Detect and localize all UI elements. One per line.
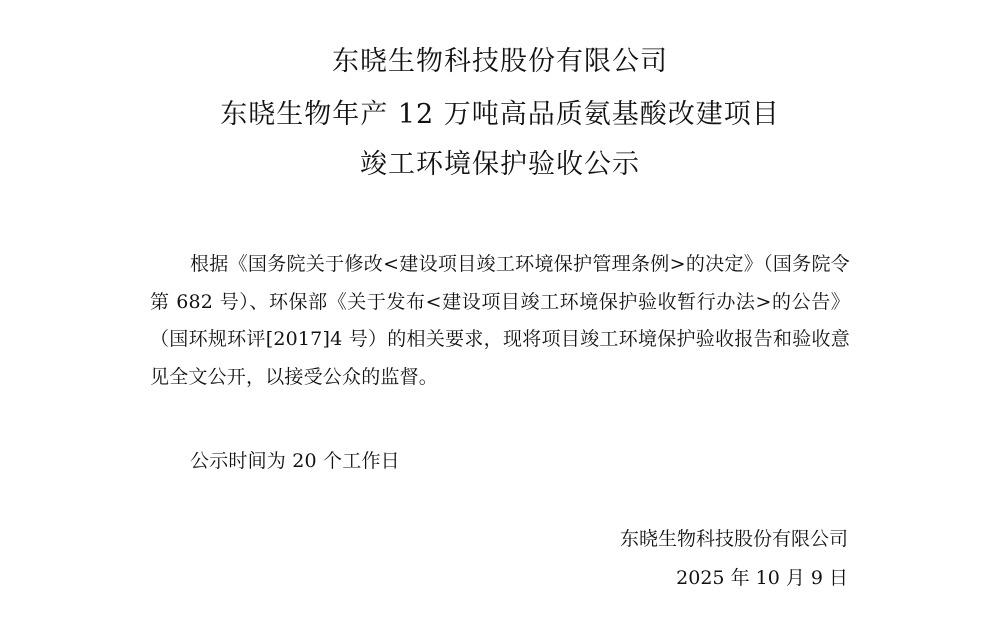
period-notice: 公示时间为 20 个工作日 xyxy=(150,443,850,481)
title-project: 东晓生物年产 12 万吨高品质氨基酸改建项目 xyxy=(0,98,1000,132)
body-paragraph: 根据《国务院关于修改<建设项目竣工环境保护管理条例>的决定》（国务院令第 682… xyxy=(150,246,850,396)
title-notice: 竣工环境保护验收公示 xyxy=(0,148,1000,182)
signature-company: 东晓生物科技股份有限公司 xyxy=(620,524,848,554)
title-company: 东晓生物科技股份有限公司 xyxy=(0,45,1000,79)
signature-date: 2025 年 10 月 9 日 xyxy=(676,563,848,593)
